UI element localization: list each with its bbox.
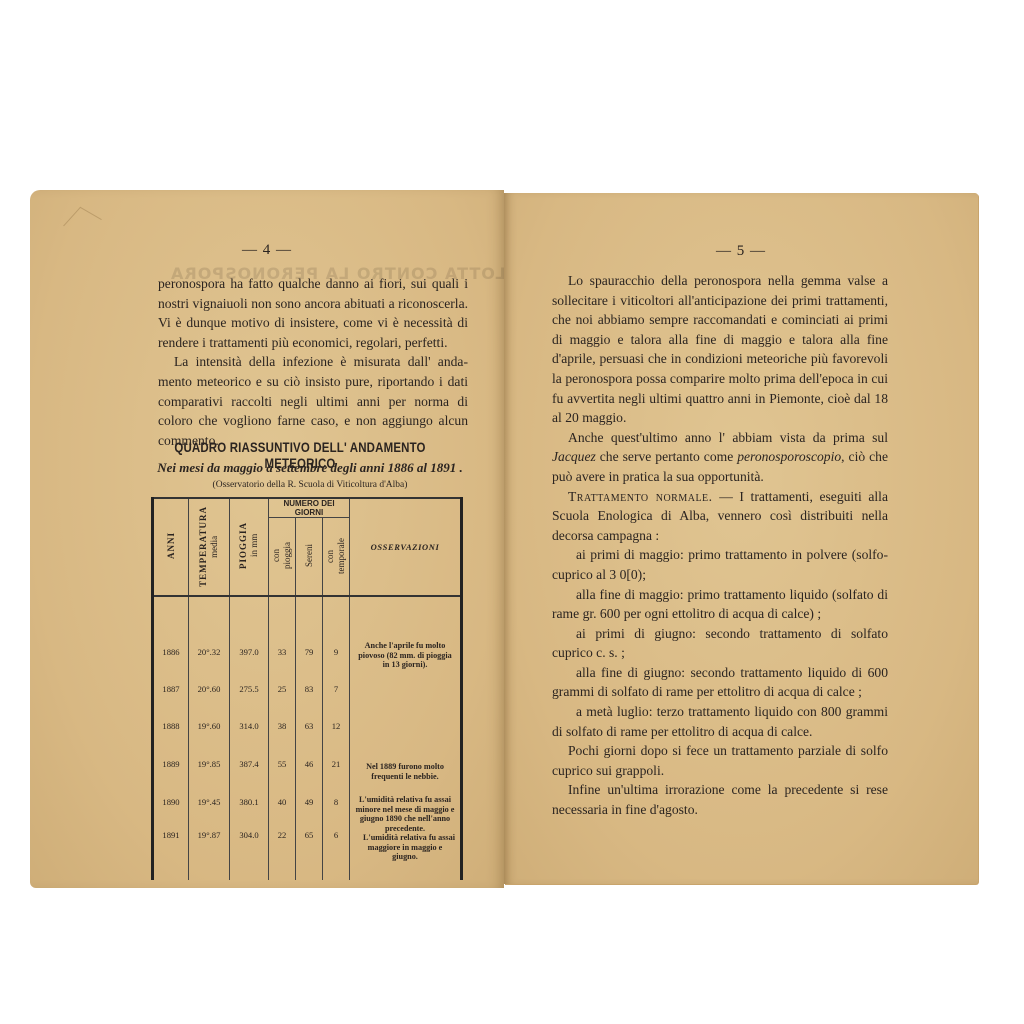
body-text: Lo spauracchio della peronospora nella g… bbox=[552, 271, 888, 820]
paragraph: Trattamento normale. — I trattamenti, es… bbox=[552, 487, 888, 546]
cell-temperatura: 19°.87 bbox=[189, 820, 230, 880]
cell-pioggia: 387.4 bbox=[230, 744, 269, 783]
cell-con-temporale: 21 bbox=[323, 744, 350, 783]
table-row: 1890 19°.45 380.1 40 49 8 L'umidità rela… bbox=[153, 783, 462, 820]
cell-con-pioggia: 22 bbox=[269, 820, 296, 880]
table-row: 1886 20°.32 397.0 33 79 9 Anche l'aprile… bbox=[153, 633, 462, 670]
cell-sereni: 83 bbox=[296, 670, 323, 707]
section-heading: Trattamento normale. bbox=[568, 489, 713, 504]
cell-con-temporale: 6 bbox=[323, 820, 350, 880]
left-page: — 4 — LA LOTTA CONTRO LA PERONOSPORA per… bbox=[30, 190, 504, 888]
paragraph: peronospora ha fatto qualche danno ai fi… bbox=[158, 274, 468, 352]
header-sereni: Sereni bbox=[296, 518, 323, 596]
body-text: peronospora ha fatto qualche danno ai fi… bbox=[158, 274, 468, 450]
page-number: — 5 — bbox=[504, 243, 978, 260]
paragraph: La intensità della infezione è misurata … bbox=[158, 352, 468, 450]
cell-osservazione-empty bbox=[350, 707, 462, 744]
header-osservazioni: OSSERVAZIONI bbox=[350, 498, 462, 596]
cell-sereni: 49 bbox=[296, 783, 323, 820]
cell-sereni: 46 bbox=[296, 744, 323, 783]
cell-pioggia: 304.0 bbox=[230, 820, 269, 880]
paragraph: Lo spauracchio della peronospora nella g… bbox=[552, 271, 888, 428]
table-row: 1889 19°.85 387.4 55 46 21 Nel 1889 furo… bbox=[153, 744, 462, 783]
cell-temperatura: 19°.85 bbox=[189, 744, 230, 783]
page-number: — 4 — bbox=[30, 242, 504, 259]
header-con-temporale: contemporale bbox=[323, 518, 350, 596]
cell-temperatura: 20°.60 bbox=[189, 670, 230, 707]
cell-sereni: 65 bbox=[296, 820, 323, 880]
paragraph: Pochi giorni dopo si fece un trattamento… bbox=[552, 741, 888, 780]
cell-con-pioggia: 25 bbox=[269, 670, 296, 707]
right-page: — 5 — Lo spauracchio della peronospora n… bbox=[504, 193, 978, 884]
cell-osservazione: Nel 1889 furono molto frequenti le nebbi… bbox=[350, 744, 462, 783]
page-corner-fold bbox=[63, 207, 102, 238]
treatment-item: ai primi di giugno: secondo trattamento … bbox=[552, 624, 888, 663]
cell-osservazione: Anche l'aprile fu mol­to piovoso (82 mm.… bbox=[350, 633, 462, 707]
cell-temperatura: 19°.45 bbox=[189, 783, 230, 820]
treatment-item: a metà luglio: terzo trattamento liquido… bbox=[552, 702, 888, 741]
header-anni: ANNI bbox=[153, 498, 189, 596]
paragraph: Infine un'ultima irrorazione come la pre… bbox=[552, 780, 888, 819]
treatment-item: alla fine di giugno: secondo trattamento… bbox=[552, 663, 888, 702]
cell-anno: 1891 bbox=[153, 820, 189, 880]
table-source: (Osservatorio della R. Scuola di Viticol… bbox=[140, 480, 480, 490]
cell-pioggia: 314.0 bbox=[230, 707, 269, 744]
header-numero-giorni: NUMERO DEI GIORNI bbox=[269, 498, 350, 518]
cell-con-temporale: 12 bbox=[323, 707, 350, 744]
cell-sereni: 79 bbox=[296, 633, 323, 670]
cell-anno: 1888 bbox=[153, 707, 189, 744]
cell-con-pioggia: 40 bbox=[269, 783, 296, 820]
cell-temperatura: 19°.60 bbox=[189, 707, 230, 744]
cell-con-temporale: 9 bbox=[323, 633, 350, 670]
cell-con-pioggia: 38 bbox=[269, 707, 296, 744]
cell-pioggia: 275.5 bbox=[230, 670, 269, 707]
paragraph: Anche quest'ultimo anno l' abbiam vista … bbox=[552, 428, 888, 487]
header-temperatura: TEMPERATURAmedia bbox=[189, 498, 230, 596]
cell-con-temporale: 7 bbox=[323, 670, 350, 707]
cell-osservazione: L'umidità relativa fu assai minore nel m… bbox=[350, 783, 462, 880]
header-con-pioggia: conpioggia bbox=[269, 518, 296, 596]
cell-con-pioggia: 33 bbox=[269, 633, 296, 670]
table-subtitle: Nei mesi da maggio a settembre degli ann… bbox=[140, 460, 480, 476]
cell-temperatura: 20°.32 bbox=[189, 633, 230, 670]
cell-anno: 1890 bbox=[153, 783, 189, 820]
cell-pioggia: 397.0 bbox=[230, 633, 269, 670]
cell-pioggia: 380.1 bbox=[230, 783, 269, 820]
treatment-item: ai primi di maggio: primo trattamento in… bbox=[552, 545, 888, 584]
treatment-item: alla fine di maggio: primo trattamento l… bbox=[552, 585, 888, 624]
table-row: 1888 19°.60 314.0 38 63 12 bbox=[153, 707, 462, 744]
cell-anno: 1887 bbox=[153, 670, 189, 707]
cell-anno: 1889 bbox=[153, 744, 189, 783]
header-pioggia: PIOGGIAin mm bbox=[230, 498, 269, 596]
cell-anno: 1886 bbox=[153, 633, 189, 670]
meteorological-table: ANNI TEMPERATURAmedia PIOGGIAin mm NUMER… bbox=[151, 497, 463, 880]
cell-con-temporale: 8 bbox=[323, 783, 350, 820]
cell-con-pioggia: 55 bbox=[269, 744, 296, 783]
cell-sereni: 63 bbox=[296, 707, 323, 744]
